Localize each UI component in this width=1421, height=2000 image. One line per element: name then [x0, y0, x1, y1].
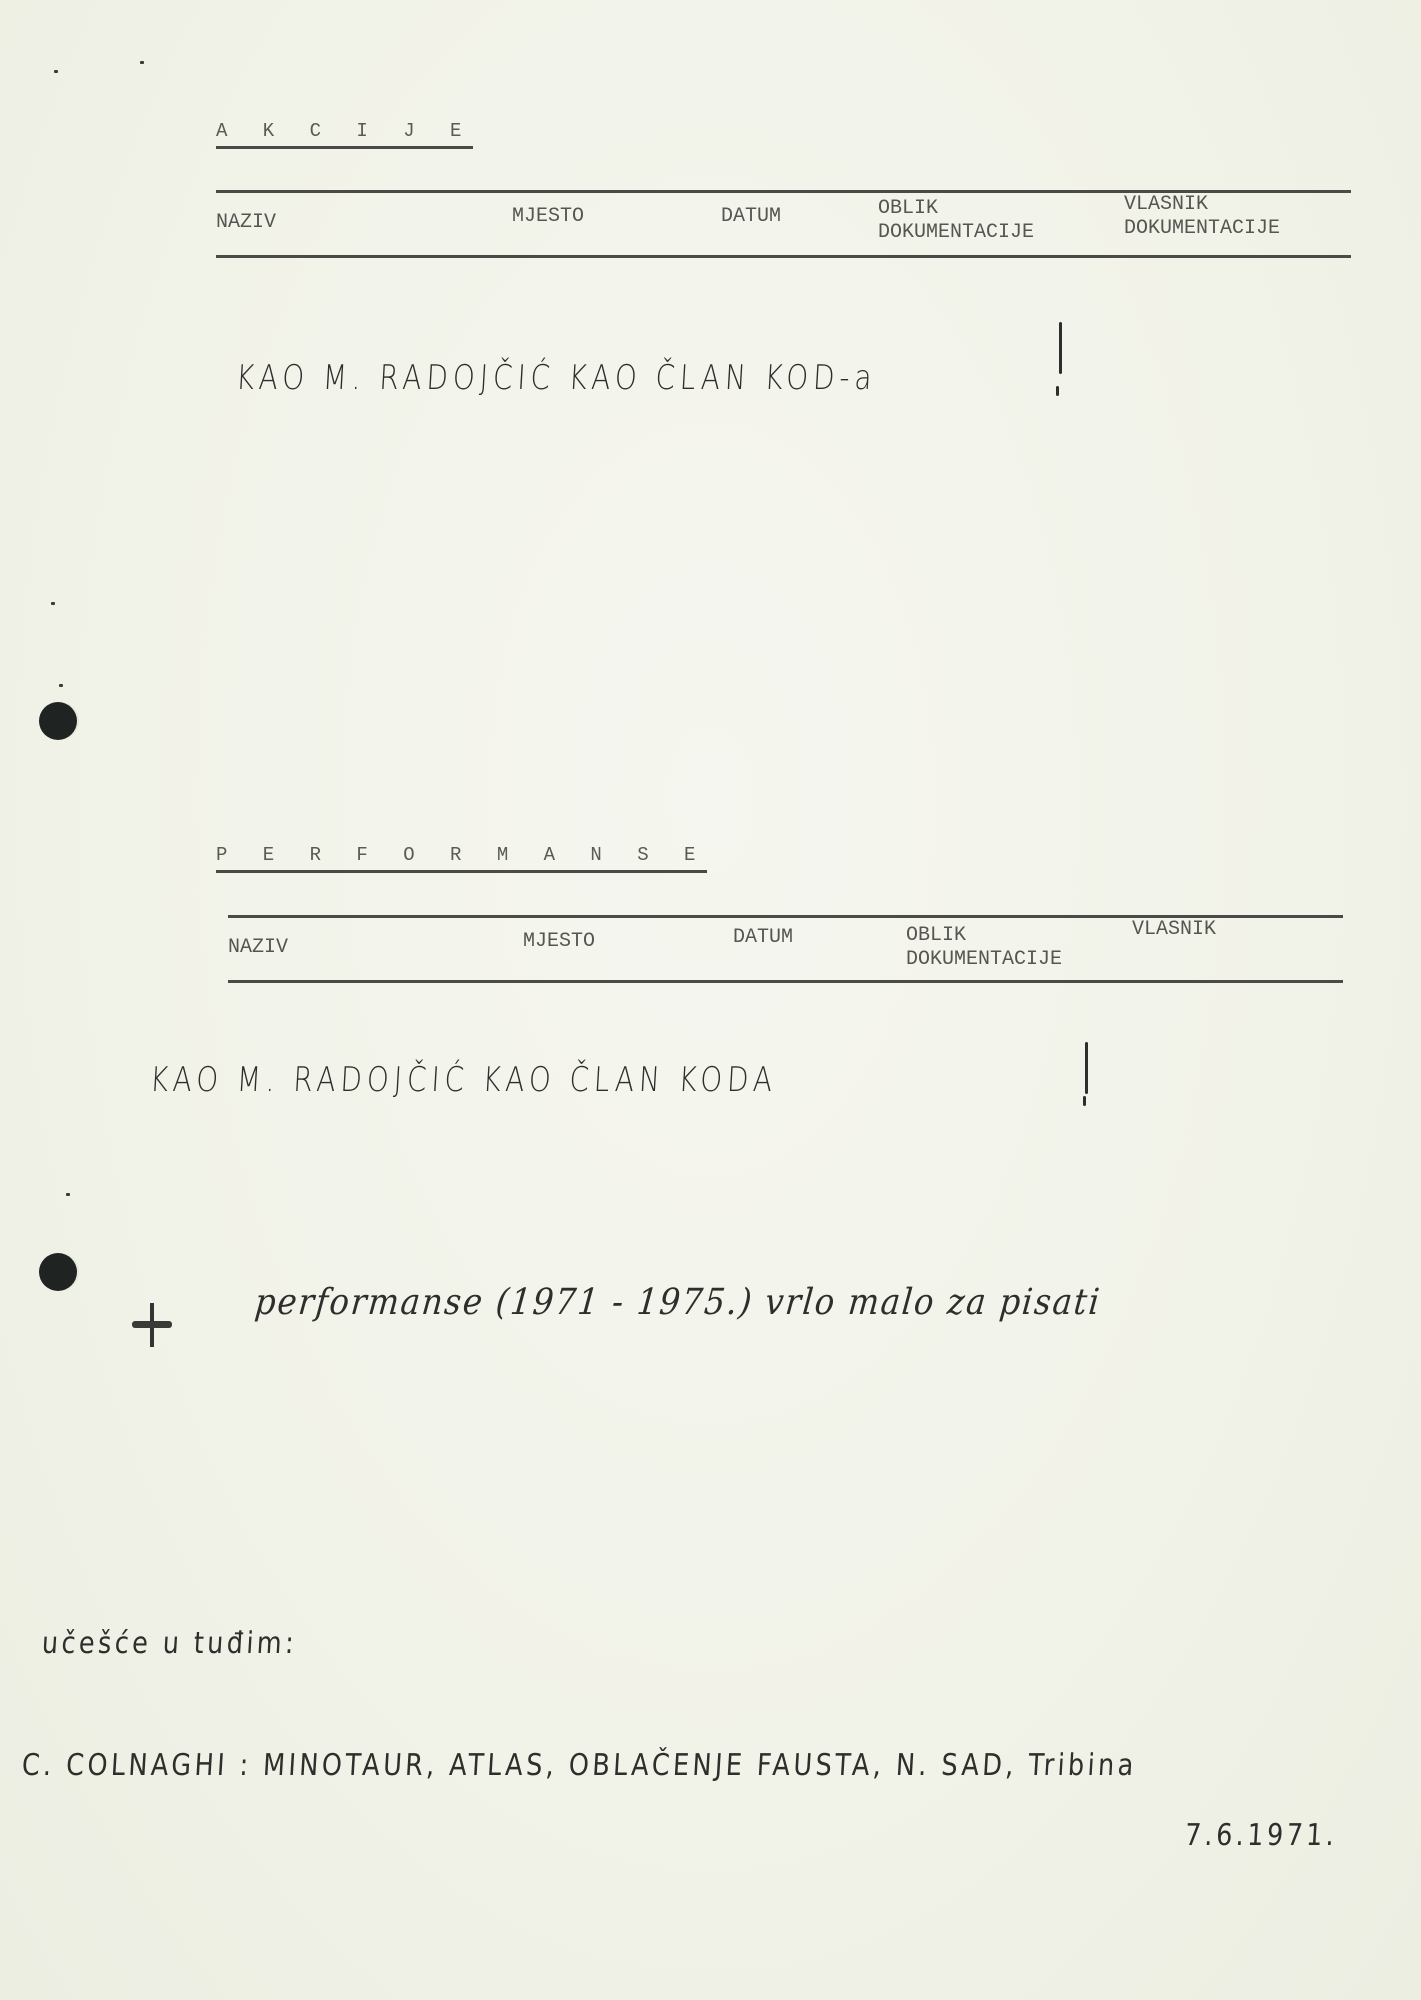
participation-date: 7.6.1971. [1184, 1818, 1338, 1853]
scanned-document-page: A K C I J E NAZIV MJESTO DATUM OBLIK DOK… [0, 0, 1421, 2000]
handwritten-note-performanse: KAO M. RADOJČIĆ KAO ČLAN KODA [149, 1060, 778, 1100]
column-naziv: NAZIV [216, 211, 276, 235]
ink-speck [51, 602, 55, 605]
exclamation-dot [1083, 1096, 1086, 1106]
ink-speck [140, 61, 144, 64]
akcije-table-header: NAZIV MJESTO DATUM OBLIK DOKUMENTACIJE V… [216, 190, 1351, 258]
column-oblik-dokumentacije: OBLIK DOKUMENTACIJE [906, 924, 1062, 972]
column-oblik-dokumentacije: OBLIK DOKUMENTACIJE [878, 197, 1034, 245]
punch-hole-upper [39, 702, 77, 740]
ink-speck [66, 1193, 70, 1196]
section-title-akcije: A K C I J E [216, 120, 473, 149]
ink-speck [54, 70, 58, 73]
column-mjesto: MJESTO [512, 205, 584, 229]
participation-line: C. COLNAGHI : MINOTAUR, ATLAS, OBLAČENJE… [21, 1748, 1138, 1783]
column-vlasnik: VLASNIK [1132, 918, 1216, 942]
column-naziv: NAZIV [228, 936, 288, 960]
participation-heading: učešće u tuđim: [41, 1626, 298, 1661]
column-datum: DATUM [733, 926, 793, 950]
exclamation-mark [1059, 322, 1062, 374]
exclamation-mark [1085, 1042, 1088, 1094]
column-datum: DATUM [721, 205, 781, 229]
section-title-performanse: P E R F O R M A N S E [216, 844, 707, 873]
performanse-table-header: NAZIV MJESTO DATUM OBLIK DOKUMENTACIJE V… [228, 915, 1343, 983]
ink-speck [59, 684, 63, 687]
exclamation-dot [1056, 386, 1059, 396]
column-vlasnik-dokumentacije: VLASNIK DOKUMENTACIJE [1124, 193, 1280, 241]
plus-mark-icon [130, 1303, 174, 1347]
punch-hole-lower [39, 1253, 77, 1291]
handwritten-addendum: performanse (1971 - 1975.) vrlo malo za … [253, 1282, 1103, 1323]
handwritten-note-akcije: KAO M. RADOJČIĆ KAO ČLAN KOD-a [235, 358, 878, 398]
column-mjesto: MJESTO [523, 930, 595, 954]
